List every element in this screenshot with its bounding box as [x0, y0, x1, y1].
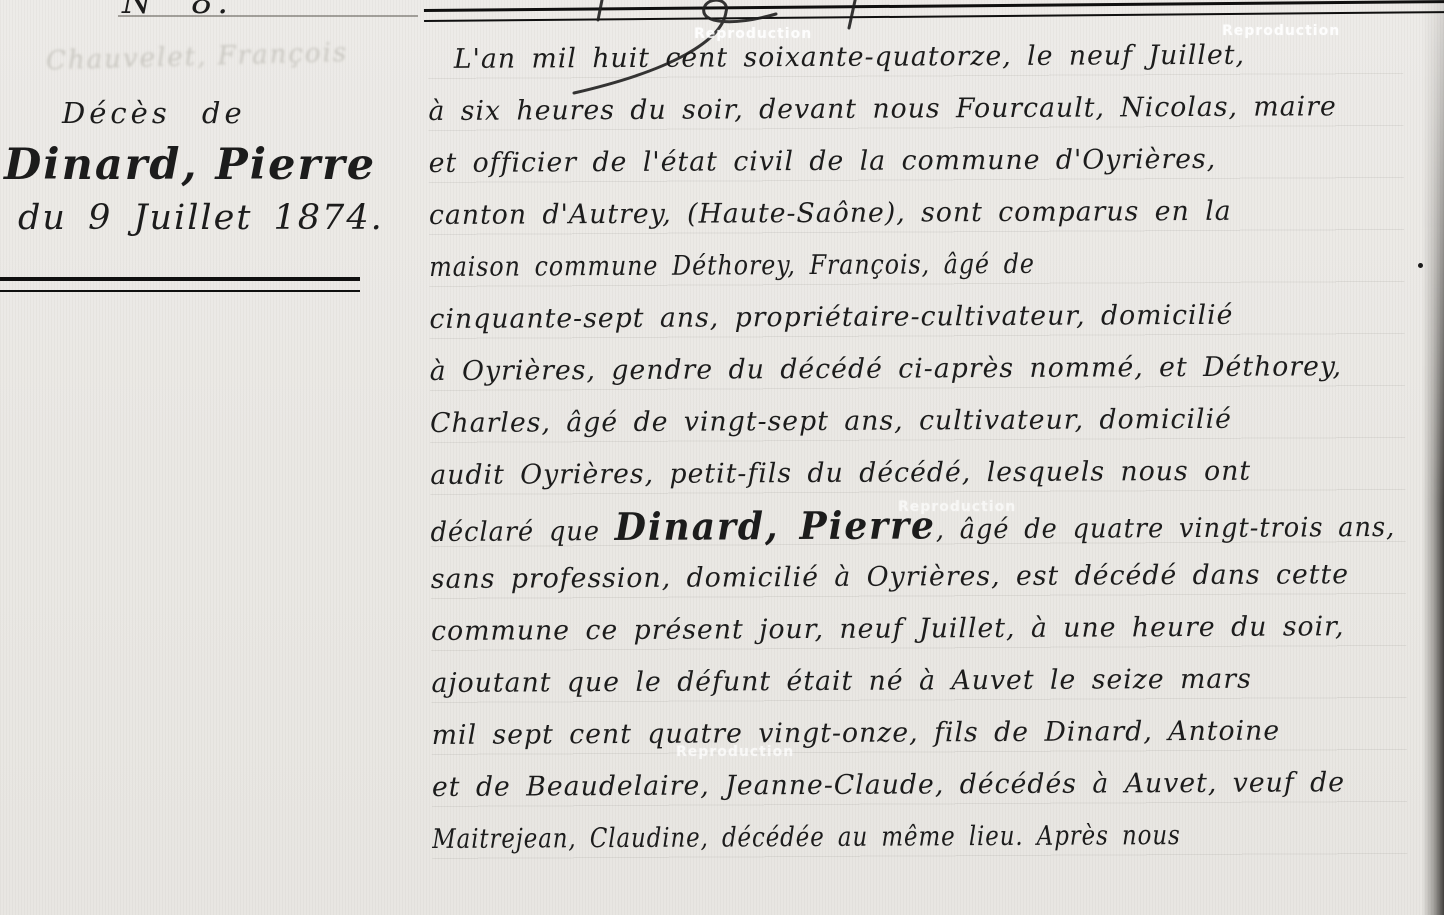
act-line-text: et officier de l'état civil de la commun…	[429, 144, 1217, 179]
act-line-5: maison commune Déthorey, François, âgé d…	[429, 237, 1289, 294]
death-record-scan-page: N° 8. Chauvelet, François Décès de Dinar…	[0, 0, 1444, 915]
act-line-text: Maitrejean, Claudine, décédée au même li…	[432, 820, 1181, 855]
act-line-16: Maitrejean, Claudine, décédée au même li…	[432, 810, 1262, 866]
act-line-text: , âgé de quatre vingt-trois ans,	[936, 512, 1395, 545]
margin-double-rule	[0, 277, 360, 292]
act-line-text: canton d'Autrey, (Haute-Saône), sont com…	[429, 196, 1232, 231]
act-line-7: à Oyrières, gendre du décédé ci-après no…	[430, 341, 1395, 398]
act-line-6: cinquante-sept ans, propriétaire-cultiva…	[429, 289, 1394, 346]
act-line-text: cinquante-sept ans, propriétaire-cultiva…	[429, 300, 1233, 335]
margin-deceased-name: Dinard, Pierre	[4, 140, 376, 190]
margin-record-date: du 9 Juillet 1874.	[18, 198, 384, 238]
act-line-15: et de Beaudelaire, Jeanne-Claude, décédé…	[432, 757, 1397, 814]
record-number: N° 8.	[122, 0, 232, 22]
margin-death-label: Décès de	[62, 96, 246, 130]
act-line-text: à Oyrières, gendre du décédé ci-après no…	[430, 351, 1342, 387]
act-line-11: sans profession, domicilié à Oyrières, e…	[431, 549, 1396, 606]
act-line-text: L'an mil huit cent soixante-quatorze, le…	[454, 40, 1245, 75]
act-header-double-rule	[424, 0, 1444, 22]
act-line-10: déclaré que Dinard, Pierre, âgé de quatr…	[430, 497, 1356, 554]
dust-speck	[1418, 263, 1423, 268]
act-line-text: ajoutant que le défunt était né à Auvet …	[431, 664, 1252, 699]
act-line-8: Charles, âgé de vingt-sept ans, cultivat…	[430, 393, 1395, 450]
act-line-text: mil sept cent quatre vingt-onze, fils de…	[432, 716, 1281, 751]
act-line-text: commune ce présent jour, neuf Juillet, à…	[431, 611, 1344, 647]
binding-gutter-shadow	[1422, 0, 1444, 915]
act-line-text: audit Oyrières, petit-fils du décédé, le…	[430, 456, 1251, 491]
act-line-text: et de Beaudelaire, Jeanne-Claude, décédé…	[432, 767, 1345, 803]
act-line-3: et officier de l'état civil de la commun…	[429, 133, 1394, 190]
act-line-text: sans profession, domicilié à Oyrières, e…	[431, 559, 1349, 595]
deceased-name-emphasis: Dinard, Pierre	[615, 502, 936, 549]
act-line-12: commune ce présent jour, neuf Juillet, à…	[431, 601, 1396, 658]
act-text-block: L'an mil huit cent soixante-quatorze, le…	[428, 29, 1407, 866]
act-line-text: déclaré que	[431, 516, 615, 548]
act-line-2: à six heures du soir, devant nous Fourca…	[428, 81, 1393, 138]
act-line-4: canton d'Autrey, (Haute-Saône), sont com…	[429, 185, 1394, 242]
act-line-14: mil sept cent quatre vingt-onze, fils de…	[432, 705, 1397, 762]
act-line-text: maison commune Déthorey, François, âgé d…	[429, 249, 1035, 283]
act-line-9: audit Oyrières, petit-fils du décédé, le…	[430, 445, 1395, 502]
act-line-text: à six heures du soir, devant nous Fourca…	[428, 91, 1337, 127]
act-line-13: ajoutant que le défunt était né à Auvet …	[431, 653, 1396, 710]
act-line-text: Charles, âgé de vingt-sept ans, cultivat…	[430, 404, 1232, 439]
bleedthrough-ghost-text: Chauvelet, François	[46, 38, 349, 76]
record-number-underline	[118, 15, 418, 17]
act-line-1: L'an mil huit cent soixante-quatorze, le…	[428, 29, 1393, 86]
